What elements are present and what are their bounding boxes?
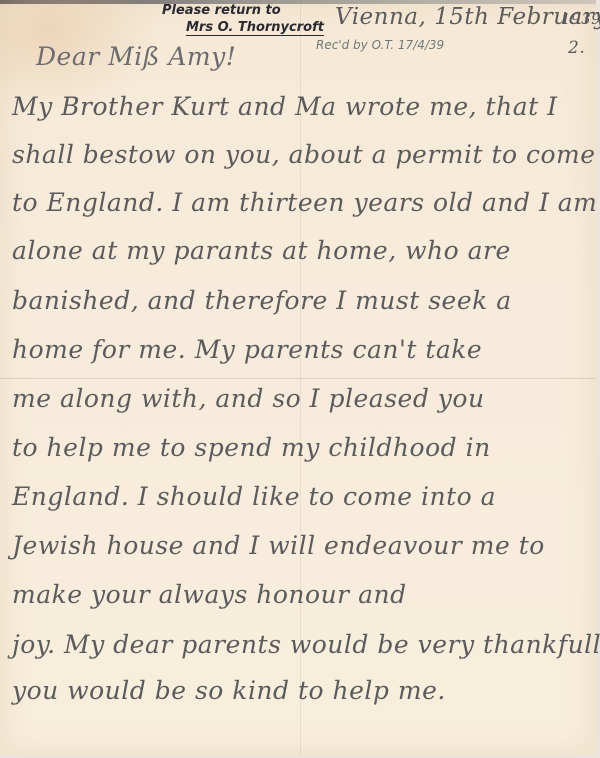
page-number: 2.: [568, 38, 585, 58]
received-note: Rec'd by O.T. 17/4/39: [316, 38, 444, 52]
body-line: alone at my parants at home, who are: [12, 236, 511, 265]
body-line: banished, and therefore I must seek a: [12, 286, 512, 315]
body-line: England. I should like to come into a: [12, 482, 496, 511]
salutation: Dear Miß Amy!: [36, 42, 236, 71]
body-line: to England. I am thirteen years old and …: [12, 188, 597, 217]
body-line: home for me. My parents can't take: [12, 335, 482, 364]
body-line: My Brother Kurt and Ma wrote me, that I: [12, 92, 557, 121]
body-line: to help me to spend my childhood in: [12, 433, 491, 462]
body-line: shall bestow on you, about a permit to c…: [12, 140, 596, 169]
body-line: you would be so kind to help me.: [12, 676, 446, 705]
return-note-line2: Mrs O. Thornycroft: [186, 20, 324, 36]
body-line: Jewish house and I will endeavour me to: [12, 531, 545, 560]
letter-page: Please return to Mrs O. Thornycroft Rec'…: [0, 0, 596, 755]
body-line: joy. My dear parents would be very thank…: [12, 630, 600, 659]
return-note-line1: Please return to: [162, 3, 281, 18]
body-line: me along with, and so I pleased you: [12, 384, 485, 413]
fold-line-horizontal: [0, 378, 596, 379]
body-line: make your always honour and: [12, 580, 407, 609]
year: 1939: [561, 10, 600, 28]
